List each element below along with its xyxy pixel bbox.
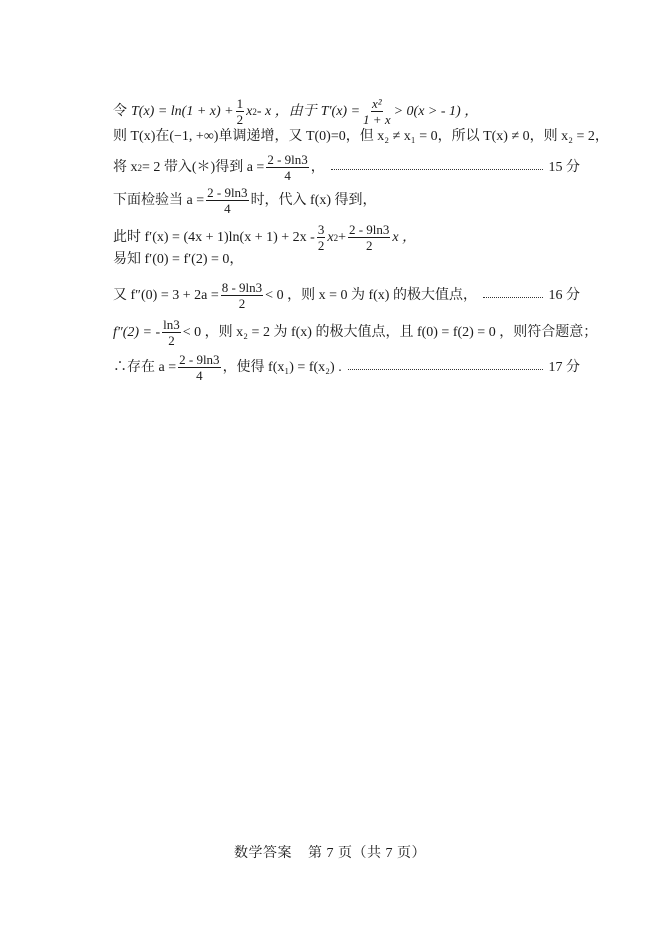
fraction: 8 - 9ln3 2	[221, 280, 263, 311]
text: 时，代入 f(x) 得到，	[251, 192, 377, 210]
solution-line-1: 令 T(x) = ln(1 + x) + 1 2 x2 - x ，由于 T′(x…	[113, 96, 580, 127]
fraction: x² 1 + x	[362, 96, 392, 127]
denominator: 4	[195, 368, 204, 383]
dotted-leader	[331, 169, 543, 170]
denominator: 4	[223, 201, 232, 216]
solution-line-3: 将 x2 = 2 带入(＊)得到 a = 2 - 9ln3 4 ， 15 分	[113, 152, 580, 183]
solution-line-9: ∴存在 a = 2 - 9ln3 4 ，使得 f(x₁) = f(x₂) . 1…	[113, 352, 580, 383]
numerator: 2 - 9ln3	[348, 222, 390, 238]
solution-line-2: 则 T(x)在(−1, +∞)单调递增，又 T(0)=0，但 x₂ ≠ x₁ =…	[113, 128, 580, 146]
text: ，	[311, 159, 325, 177]
numerator: 2 - 9ln3	[178, 352, 220, 368]
text: 令	[113, 103, 127, 121]
score-label: 17 分	[549, 359, 581, 377]
text: 此时 f′(x) = (4x + 1)ln(x + 1) + 2x -	[113, 229, 315, 247]
math-expression: - x ，由于	[257, 103, 317, 121]
math-expression: f″(2) = -	[113, 324, 160, 342]
fraction: 2 - 9ln3 4	[266, 152, 308, 183]
numerator: 8 - 9ln3	[221, 280, 263, 296]
score-label: 15 分	[549, 159, 581, 177]
score-label: 16 分	[549, 287, 581, 305]
denominator: 2	[238, 296, 247, 311]
footer-page-number: 第 7 页（共 7 页）	[308, 846, 426, 861]
fraction: ln3 2	[162, 317, 181, 348]
numerator: 1	[236, 96, 245, 112]
solution-line-5: 此时 f′(x) = (4x + 1)ln(x + 1) + 2x - 3 2 …	[113, 222, 580, 253]
page-footer: 数学答案 第 7 页（共 7 页）	[0, 842, 660, 862]
text: 将 x	[113, 159, 138, 177]
numerator: 2 - 9ln3	[266, 152, 308, 168]
numerator: 2 - 9ln3	[206, 185, 248, 201]
numerator: 3	[317, 222, 326, 238]
fraction: 1 2	[236, 96, 245, 127]
text: ，使得 f(x₁) = f(x₂) .	[223, 359, 342, 377]
fraction: 2 - 9ln3 2	[348, 222, 390, 253]
math-expression: > 0(x > - 1) ，	[394, 103, 479, 121]
footer-title: 数学答案	[234, 846, 292, 861]
solution-line-4: 下面检验当 a = 2 - 9ln3 4 时，代入 f(x) 得到，	[113, 185, 580, 216]
denominator: 2	[167, 333, 176, 348]
text: ∴存在 a =	[113, 359, 176, 377]
solution-line-7: 又 f″(0) = 3 + 2a = 8 - 9ln3 2 < 0 ，则 x =…	[113, 280, 580, 311]
text: 则 T(x)在(−1, +∞)单调递增，又 T(0)=0，但 x₂ ≠ x₁ =…	[113, 128, 609, 146]
fraction: 3 2	[317, 222, 326, 253]
solution-line-6: 易知 f′(0) = f′(2) = 0，	[113, 251, 580, 269]
text: = 2 带入(＊)得到 a =	[142, 159, 264, 177]
solution-line-8: f″(2) = - ln3 2 < 0 ，则 x₂ = 2 为 f(x) 的极大…	[113, 317, 580, 348]
text: 又 f″(0) = 3 + 2a =	[113, 287, 219, 305]
text: < 0 ，则 x = 0 为 f(x) 的极大值点，	[265, 287, 477, 305]
fraction: 2 - 9ln3 4	[206, 185, 248, 216]
text: < 0 ，则 x₂ = 2 为 f(x) 的极大值点，且 f(0) = f(2)…	[183, 324, 597, 342]
text: 下面检验当 a =	[113, 192, 204, 210]
fraction: 2 - 9ln3 4	[178, 352, 220, 383]
numerator: ln3	[162, 317, 181, 333]
dotted-leader	[348, 369, 543, 370]
numerator: x²	[371, 96, 383, 112]
text: 易知 f′(0) = f′(2) = 0，	[113, 251, 243, 269]
text: +	[338, 229, 346, 247]
math-expression: T(x) = ln(1 + x) +	[131, 103, 234, 121]
math-expression: T′(x) =	[321, 103, 360, 121]
dotted-leader	[483, 297, 543, 298]
math-expression: x ，	[392, 229, 416, 247]
denominator: 1 + x	[362, 112, 392, 127]
denominator: 2	[236, 112, 245, 127]
denominator: 4	[283, 168, 292, 183]
